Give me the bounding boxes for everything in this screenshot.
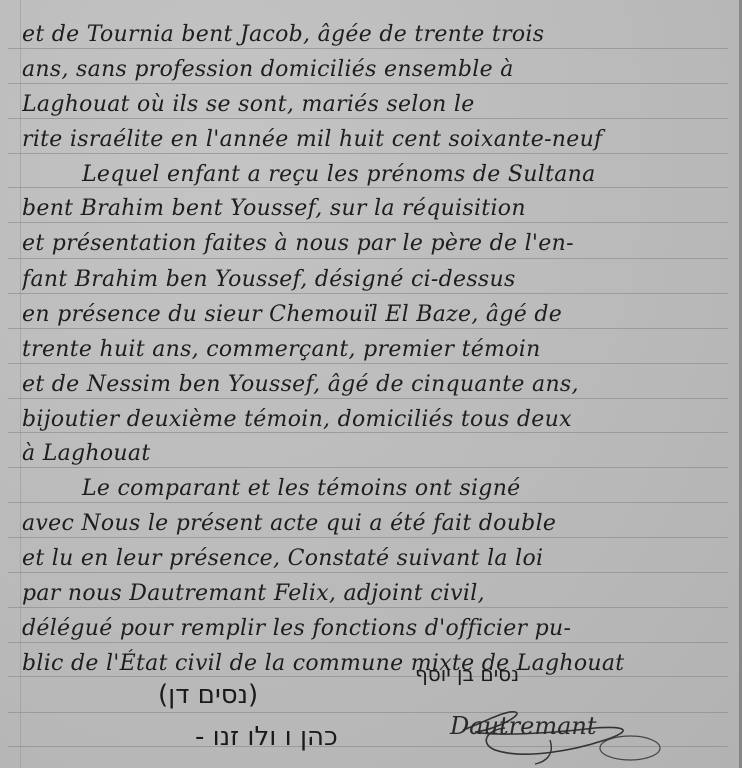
signature-hebrew: כהן ו ולו זנו - bbox=[195, 722, 338, 752]
ruled-line bbox=[8, 712, 728, 713]
text-line: et de Nessim ben Youssef, âgé de cinquan… bbox=[22, 368, 734, 402]
ruled-line bbox=[8, 746, 728, 747]
signature-officer: Dautremant bbox=[450, 712, 597, 740]
text-line: et présentation faites à nous par le pèr… bbox=[22, 227, 734, 261]
text-line: par nous Dautremant Felix, adjoint civil… bbox=[22, 577, 734, 611]
text-line: trente huit ans, commerçant, premier tém… bbox=[22, 333, 734, 367]
text-line: ans, sans profession domiciliés ensemble… bbox=[22, 53, 734, 87]
text-line: bijoutier deuxième témoin, domiciliés to… bbox=[22, 403, 734, 437]
text-line: bent Brahim bent Youssef, sur la réquisi… bbox=[22, 192, 734, 226]
text-line: fant Brahim ben Youssef, désigné ci-dess… bbox=[22, 263, 734, 297]
text-line: Lequel enfant a reçu les prénoms de Sult… bbox=[22, 158, 734, 192]
signature-witness-hebrew: נסים בן יוסף bbox=[415, 662, 519, 686]
signature-hebrew: (נסים דן) bbox=[158, 680, 258, 710]
margin-line bbox=[20, 0, 21, 768]
text-line: et lu en leur présence, Constaté suivant… bbox=[22, 542, 734, 576]
text-line: rite israélite en l'année mil huit cent … bbox=[22, 123, 734, 157]
text-line: en présence du sieur Chemouïl El Baze, â… bbox=[22, 298, 734, 332]
document-page: et de Tournia bent Jacob, âgée de trente… bbox=[0, 0, 742, 768]
text-line: Le comparant et les témoins ont signé bbox=[22, 472, 734, 506]
text-line: avec Nous le présent acte qui a été fait… bbox=[22, 507, 734, 541]
text-line: blic de l'État civil de la commune mixte… bbox=[22, 647, 734, 681]
text-line: et de Tournia bent Jacob, âgée de trente… bbox=[22, 18, 734, 52]
text-line: délégué pour remplir les fonctions d'off… bbox=[22, 612, 734, 646]
text-line: Laghouat où ils se sont, mariés selon le bbox=[22, 88, 734, 122]
text-line: à Laghouat bbox=[22, 437, 734, 471]
